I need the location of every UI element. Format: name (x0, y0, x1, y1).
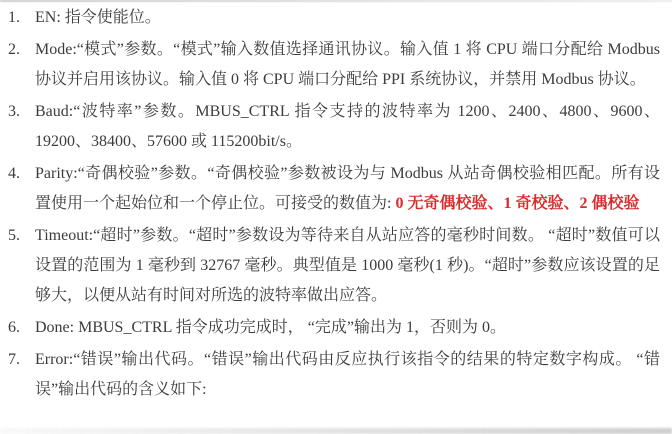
text-segment: Baud:“波特率”参数。MBUS_CTRL 指令支持的波特率为 1200、24… (35, 103, 660, 150)
item-number: 1. (8, 3, 35, 33)
text-segment: Error:“错误”输出代码。“错误”输出代码由反应执行该指令的结果的特定数字构… (35, 351, 660, 398)
item-text: Done: MBUS_CTRL 指令成功完成时， “完成”输出为 1，否则为 0… (35, 313, 660, 343)
list-item: 7.Error:“错误”输出代码。“错误”输出代码由反应执行该指令的结果的特定数… (8, 345, 660, 405)
item-number: 7. (8, 345, 35, 405)
item-text: Error:“错误”输出代码。“错误”输出代码由反应执行该指令的结果的特定数字构… (35, 345, 660, 405)
list-item: 2.Mode:“模式”参数。“模式”输入数值选择通讯协议。输入值 1 将 CPU… (8, 35, 660, 95)
item-text: EN: 指令使能位。 (35, 3, 660, 33)
bottom-edge-shadow (0, 428, 672, 434)
item-text: Mode:“模式”参数。“模式”输入数值选择通讯协议。输入值 1 将 CPU 端… (35, 35, 660, 95)
list-item: 3.Baud:“波特率”参数。MBUS_CTRL 指令支持的波特率为 1200、… (8, 97, 660, 157)
text-segment: Mode:“模式”参数。“模式”输入数值选择通讯协议。输入值 1 将 CPU 端… (35, 41, 660, 88)
text-segment: EN: 指令使能位。 (35, 9, 161, 26)
emphasis-text: 0 无奇偶校验、1 奇校验、2 偶校验 (395, 195, 639, 212)
item-text: Baud:“波特率”参数。MBUS_CTRL 指令支持的波特率为 1200、24… (35, 97, 660, 157)
item-number: 2. (8, 35, 35, 95)
list-item: 1.EN: 指令使能位。 (8, 3, 660, 33)
item-text: Parity:“奇偶校验”参数。“奇偶校验”参数被设为与 Modbus 从站奇偶… (35, 159, 660, 219)
document-content: 1.EN: 指令使能位。2.Mode:“模式”参数。“模式”输入数值选择通讯协议… (0, 0, 672, 405)
list-item: 4.Parity:“奇偶校验”参数。“奇偶校验”参数被设为与 Modbus 从站… (8, 159, 660, 219)
document-page: 1.EN: 指令使能位。2.Mode:“模式”参数。“模式”输入数值选择通讯协议… (0, 0, 672, 434)
item-text: Timeout:“超时”参数。“超时”参数设为等待来自从站应答的毫秒时间数。 “… (35, 221, 660, 311)
text-segment: Done: MBUS_CTRL 指令成功完成时， “完成”输出为 1，否则为 0… (35, 319, 506, 336)
text-segment: Timeout:“超时”参数。“超时”参数设为等待来自从站应答的毫秒时间数。 “… (35, 227, 660, 304)
item-number: 6. (8, 313, 35, 343)
item-number: 5. (8, 221, 35, 311)
list-item: 5.Timeout:“超时”参数。“超时”参数设为等待来自从站应答的毫秒时间数。… (8, 221, 660, 311)
item-number: 3. (8, 97, 35, 157)
list-item: 6.Done: MBUS_CTRL 指令成功完成时， “完成”输出为 1，否则为… (8, 313, 660, 343)
item-number: 4. (8, 159, 35, 219)
parameter-list: 1.EN: 指令使能位。2.Mode:“模式”参数。“模式”输入数值选择通讯协议… (8, 3, 660, 405)
